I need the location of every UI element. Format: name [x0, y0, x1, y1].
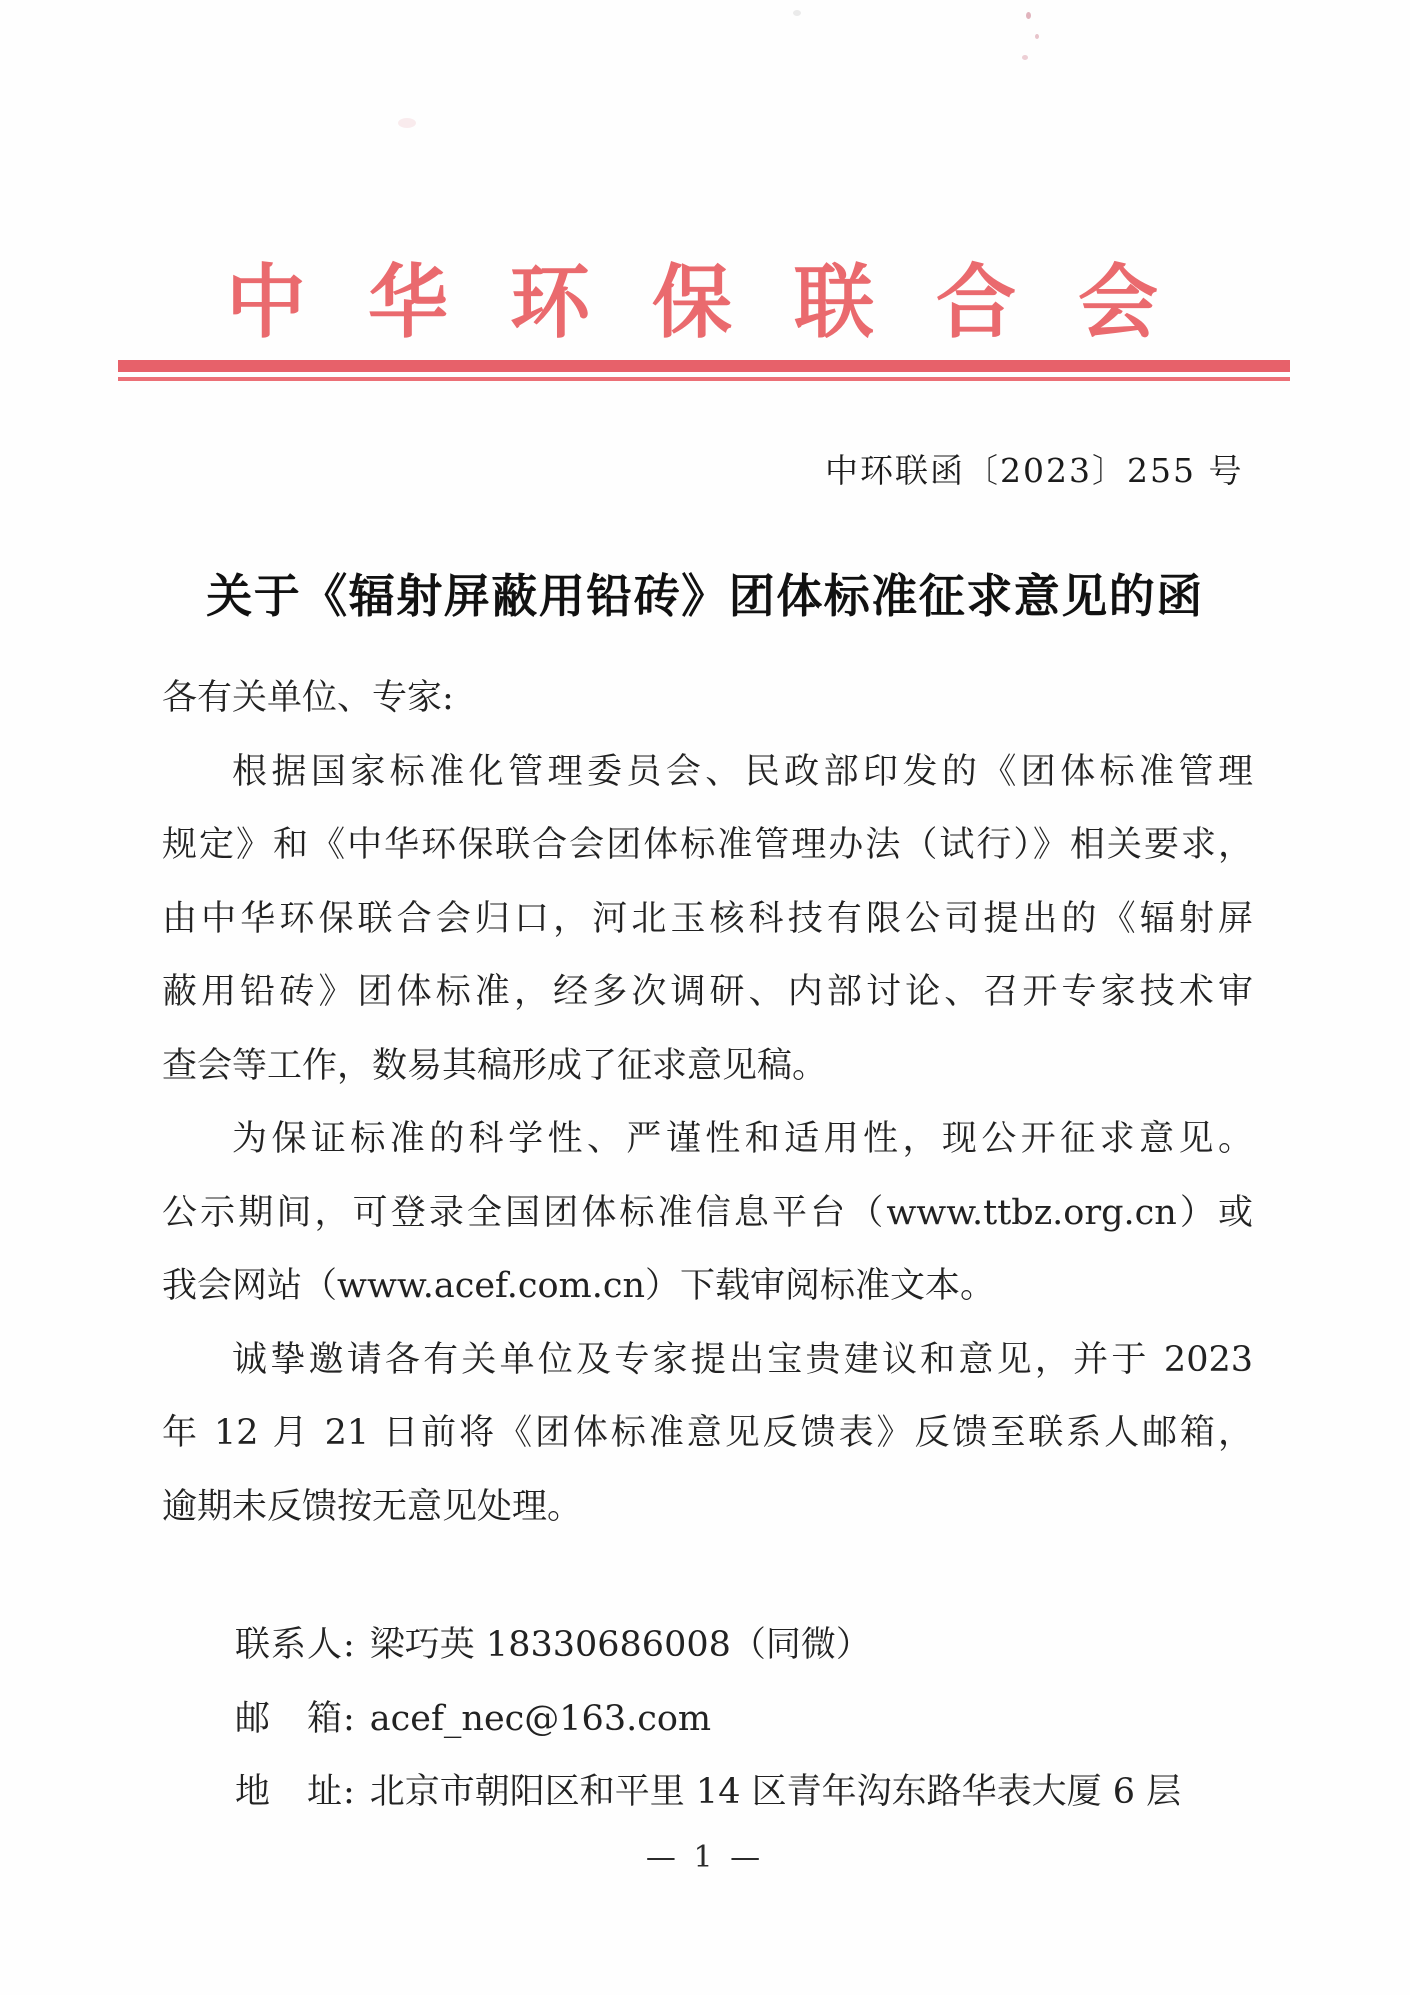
scan-artifact: [1022, 55, 1028, 60]
body-line: 公示期间，可登录全国团体标准信息平台（www.ttbz.org.cn）或: [162, 1177, 1253, 1251]
body-line: 蔽用铅砖》团体标准，经多次调研、内部讨论、召开专家技术审: [162, 956, 1253, 1030]
body-line: 为保证标准的科学性、严谨性和适用性，现公开征求意见。: [162, 1103, 1253, 1177]
body-line: 根据国家标准化管理委员会、民政部印发的《团体标准管理: [162, 736, 1253, 810]
scan-artifact: [1035, 34, 1039, 39]
scan-artifact: [398, 118, 416, 128]
document-title: 关于《辐射屏蔽用铅砖》团体标准征求意见的函: [0, 560, 1410, 626]
contact-label: 联系人:: [235, 1609, 356, 1683]
body-line: 规定》和《中华环保联合会团体标准管理办法（试行）》相关要求，: [162, 809, 1253, 883]
letterhead-org-name: 中华环保联合会: [0, 238, 1410, 353]
salutation: 各有关单位、专家:: [162, 662, 1253, 736]
body-line: 由中华环保联合会归口，河北玉核科技有限公司提出的《辐射屏: [162, 883, 1253, 957]
body-line: 我会网站（www.acef.com.cn）下载审阅标准文本。: [162, 1250, 1253, 1324]
body-line: 逾期未反馈按无意见处理。: [162, 1471, 1253, 1545]
contact-value: 北京市朝阳区和平里 14 区青年沟东路华表大厦 6 层: [370, 1772, 1181, 1812]
page-number: — 1 —: [0, 1840, 1410, 1875]
contact-value: 梁巧英 18330686008（同微）: [370, 1625, 871, 1665]
doc-number: 中环联函〔2023〕255 号: [825, 445, 1243, 492]
contact-row: 联系人:梁巧英 18330686008（同微）: [235, 1609, 1181, 1683]
contact-row: 地 址:北京市朝阳区和平里 14 区青年沟东路华表大厦 6 层: [235, 1756, 1181, 1830]
letterhead-rule-thick: [118, 360, 1290, 372]
document-page: 中华环保联合会 中环联函〔2023〕255 号 关于《辐射屏蔽用铅砖》团体标准征…: [0, 0, 1410, 1995]
contact-label: 邮 箱:: [235, 1683, 356, 1757]
body-line: 查会等工作，数易其稿形成了征求意见稿。: [162, 1030, 1253, 1104]
contact-label: 地 址:: [235, 1756, 356, 1830]
contact-row: 邮 箱:acef_nec@163.com: [235, 1683, 1181, 1757]
contact-value: acef_nec@163.com: [370, 1699, 711, 1739]
body-line: 年 12 月 21 日前将《团体标准意见反馈表》反馈至联系人邮箱，: [162, 1397, 1253, 1471]
scan-artifact: [1026, 12, 1031, 19]
contact-block: 联系人:梁巧英 18330686008（同微） 邮 箱:acef_nec@163…: [235, 1609, 1181, 1830]
document-body: 各有关单位、专家: 根据国家标准化管理委员会、民政部印发的《团体标准管理 规定》…: [162, 662, 1253, 1544]
letterhead-rule-thin: [118, 377, 1290, 381]
body-line: 诚挚邀请各有关单位及专家提出宝贵建议和意见，并于 2023: [162, 1324, 1253, 1398]
scan-artifact: [793, 10, 801, 16]
